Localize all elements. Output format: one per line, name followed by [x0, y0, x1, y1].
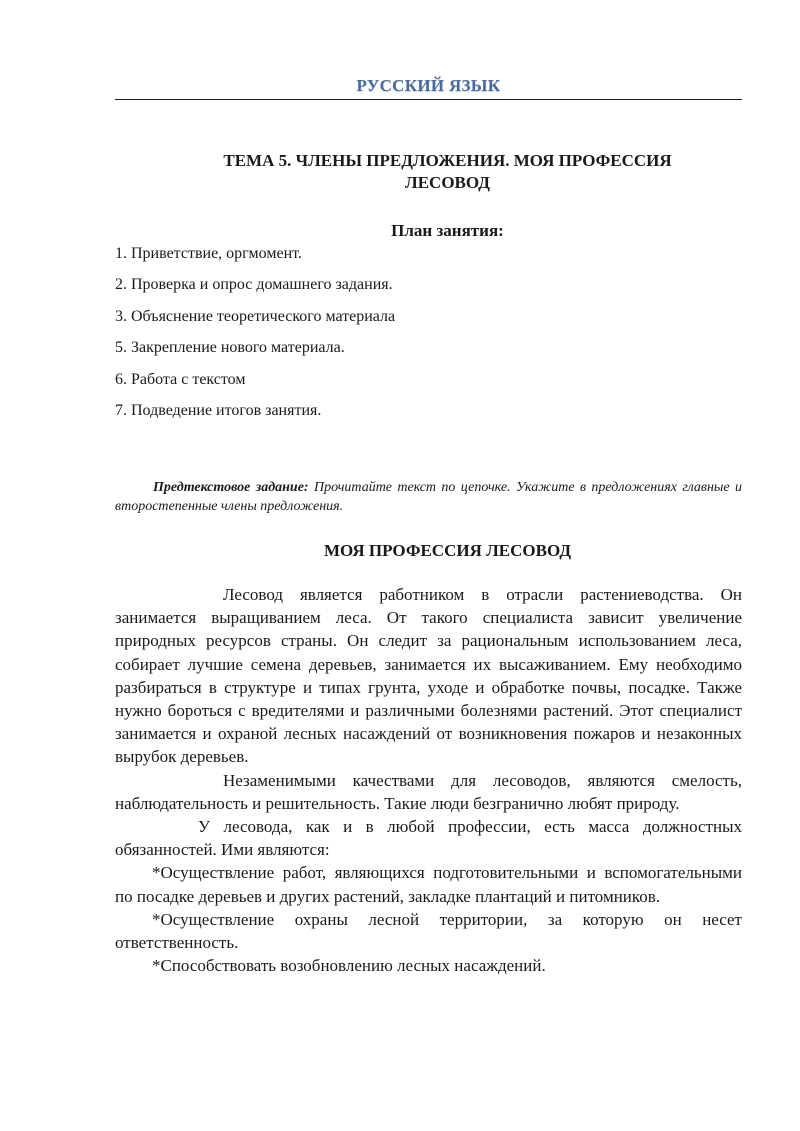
reading-body: Лесовод является работником в отрасли ра… [115, 583, 742, 977]
subject-header: РУССКИЙ ЯЗЫК [115, 76, 742, 96]
duty-item: *Осуществление охраны лесной территории,… [115, 908, 742, 954]
pretext-task: Предтекстовое задание: Прочитайте текст … [115, 478, 742, 516]
topic-title-line-1: ТЕМА 5. ЧЛЕНЫ ПРЕДЛОЖЕНИЯ. МОЯ ПРОФЕССИЯ [115, 150, 780, 172]
plan-item: 3. Объяснение теоретического материала [115, 306, 395, 337]
duty-item: *Осуществление работ, являющихся подгото… [115, 861, 742, 907]
plan-item: 5. Закрепление нового материала. [115, 337, 395, 368]
plan-item: 6. Работа с текстом [115, 369, 395, 400]
pretext-task-label: Предтекстовое задание: [153, 480, 309, 495]
plan-item: 2. Проверка и опрос домашнего задания. [115, 274, 395, 305]
topic-title-line-2: ЛЕСОВОД [115, 172, 780, 194]
plan-list: 1. Приветствие, оргмомент. 2. Проверка и… [115, 243, 395, 431]
reading-paragraph: У лесовода, как и в любой профессии, ест… [115, 815, 742, 861]
topic-title: ТЕМА 5. ЧЛЕНЫ ПРЕДЛОЖЕНИЯ. МОЯ ПРОФЕССИЯ… [115, 150, 780, 194]
plan-item: 1. Приветствие, оргмомент. [115, 243, 395, 274]
plan-heading: План занятия: [115, 221, 780, 241]
reading-paragraph: Лесовод является работником в отрасли ра… [115, 583, 742, 769]
header-divider [115, 99, 742, 100]
reading-title: МОЯ ПРОФЕССИЯ ЛЕСОВОД [115, 541, 780, 561]
reading-paragraph: Незаменимыми качествами для лесоводов, я… [115, 769, 742, 815]
duty-item: *Способствовать возобновлению лесных нас… [115, 954, 742, 977]
plan-item: 7. Подведение итогов занятия. [115, 400, 395, 431]
